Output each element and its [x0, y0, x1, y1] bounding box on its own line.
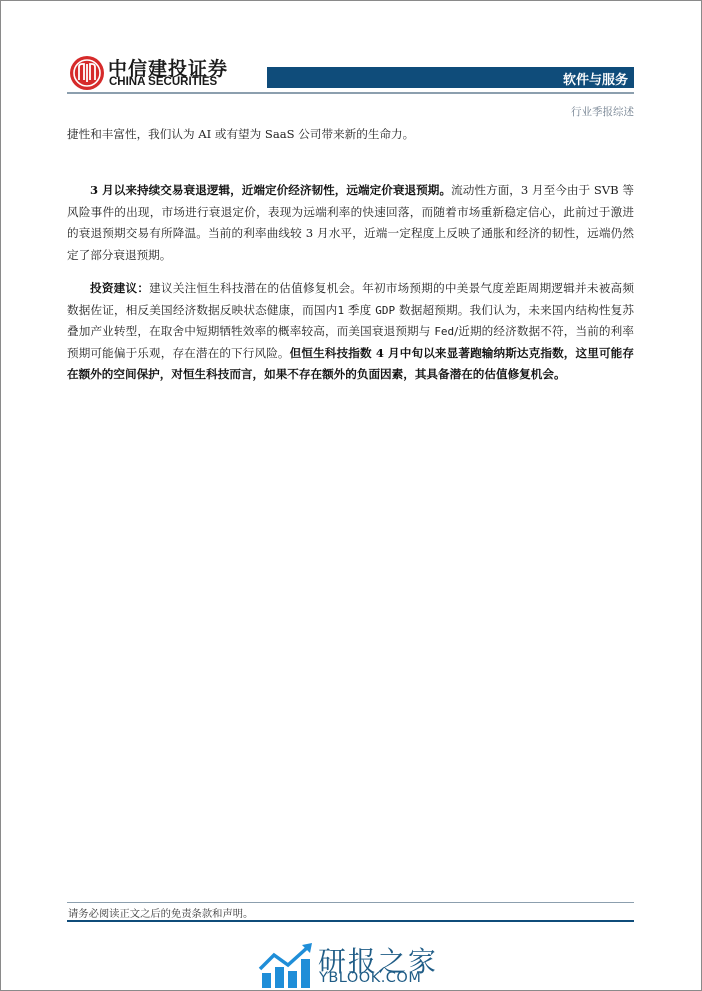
sector-banner: 软件与服务	[267, 67, 634, 88]
paragraph-body: 季度	[344, 303, 375, 317]
watermark-logo: 研报之家 YBLOOK.COM	[258, 943, 458, 989]
paragraph-heading: 3 月以来持续交易衰退逻辑，近端定价经济韧性，远端定价衰退预期。	[90, 183, 451, 197]
sector-title: 软件与服务	[563, 69, 628, 88]
citic-logo-icon	[70, 56, 104, 90]
disclaimer-text: 请务必阅读正文之后的免责条款和声明。	[68, 905, 253, 920]
paragraph-continuation: 捷性和丰富性，我们认为 AI 或有望为 SaaS 公司带来新的生命力。	[67, 124, 634, 146]
page-frame	[0, 0, 702, 991]
paragraph-investment-advice: 投资建议：建议关注恒生科技潜在的估值修复机会。年初市场预期的中美景气度差距周期逻…	[67, 278, 634, 386]
bar-chart-arrow-icon	[258, 943, 314, 989]
logo-english-name: CHINA SECURITIES	[109, 76, 217, 88]
fed-text: Fed	[434, 325, 454, 338]
footer-divider-top	[67, 902, 634, 903]
header-divider	[67, 92, 634, 94]
paragraph-heading: 投资建议：	[90, 281, 149, 295]
company-logo: 中信建投证券 CHINA SECURITIES	[70, 56, 260, 92]
paragraph-liquidity: 3 月以来持续交易衰退逻辑，近端定价经济韧性，远端定价衰退预期。流动性方面，3 …	[67, 180, 634, 266]
gdp-text: GDP	[375, 304, 395, 317]
report-type-label: 行业季报综述	[571, 104, 634, 119]
watermark-english: YBLOOK.COM	[319, 970, 421, 986]
footer-divider-bottom	[67, 920, 634, 922]
